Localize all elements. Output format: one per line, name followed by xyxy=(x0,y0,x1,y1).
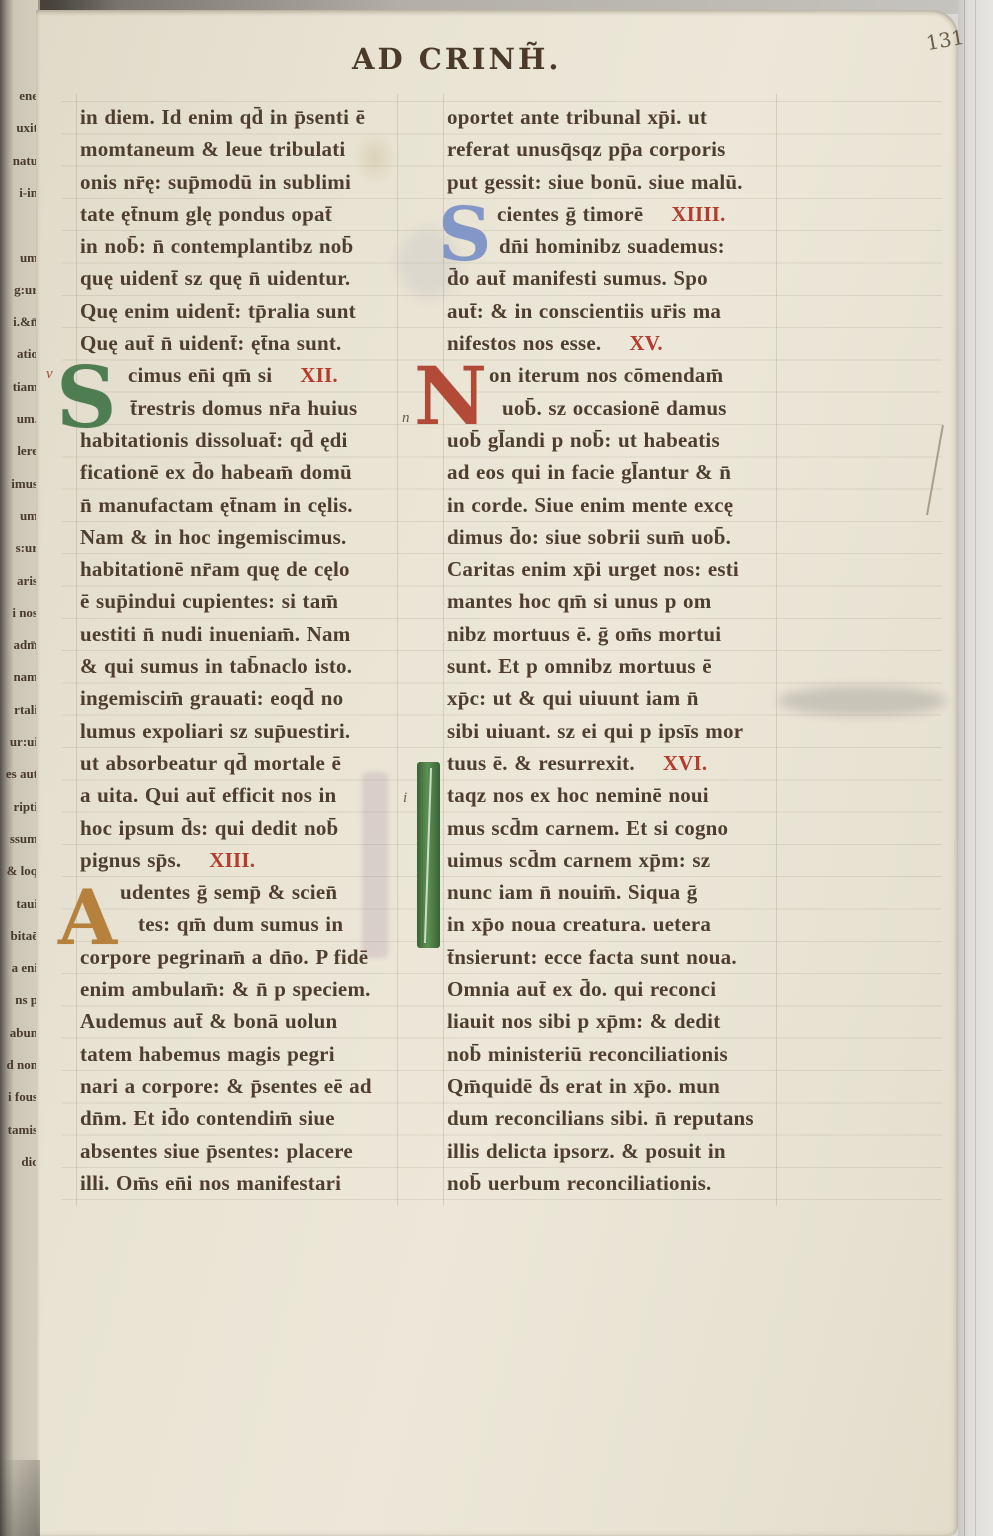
text-line: liauit nos sibi p xp̄m: & dedit xyxy=(447,1005,779,1037)
previous-page-text-fragment: imus xyxy=(11,476,38,492)
text-line: dimus d̄o: siue sobrii sum̄ uob̄. xyxy=(447,521,779,553)
previous-page-text-fragment: a eni xyxy=(12,960,38,976)
line-text: nob̄ ministeriū reconciliationis xyxy=(447,1042,728,1066)
line-text: oportet ante tribunal xp̄i. ut xyxy=(447,105,707,129)
line-text: habitationē nr̄am quę de cęlo xyxy=(80,557,350,581)
running-title: AD CRINH̃. xyxy=(352,42,562,76)
text-line: nunc iam n̄ nouim̄. Siqua ḡ xyxy=(447,876,779,908)
line-text: a uita. Qui aut̄ efficit nos in xyxy=(80,783,336,807)
column-rule xyxy=(76,94,77,1206)
line-text: ad eos qui in facie gl̄antur & n̄ xyxy=(447,460,731,484)
previous-page-text-fragment: i.&n̄ xyxy=(13,314,38,330)
guide-letter-i: i xyxy=(403,790,407,807)
previous-page-text-fragment: ripti xyxy=(13,799,38,815)
previous-page-text-fragment: uxit xyxy=(16,120,38,136)
line-text: uob̄ gl̄andi p nob̄: ut habeatis xyxy=(447,428,720,452)
text-line: tes: qm̄ dum sumus in xyxy=(80,908,400,940)
column-right: oportet ante tribunal xp̄i. utreferat un… xyxy=(447,101,779,1199)
line-text: tate ęt̄num glę pondus opat̄ xyxy=(80,202,332,226)
previous-page-text-fragment: rtali xyxy=(14,702,38,718)
text-line: ē sup̄indui cupientes: si tam̄ xyxy=(80,585,400,617)
text-line: Quę enim uident̄: tp̄ralia sunt xyxy=(80,295,400,327)
previous-page-text-fragment: g:ur xyxy=(14,282,38,298)
page-edge-line xyxy=(975,0,976,1536)
line-text: put gessit: siue bonū. siue malū. xyxy=(447,170,743,194)
text-line: ad eos qui in facie gl̄antur & n̄ xyxy=(447,456,779,488)
text-line: uestiti n̄ nudi inueniam̄. Nam xyxy=(80,618,400,650)
line-text: xp̄c: ut & qui uiuunt iam n̄ xyxy=(447,686,699,710)
chapter-numeral: XII. xyxy=(300,363,338,387)
text-line: sibi uiuant. sz ei qui p ipsīs mor xyxy=(447,715,779,747)
text-line: Audemus aut̄ & bonā uolun xyxy=(80,1005,400,1037)
text-line: ficationē ex d̄o habeam̄ domū xyxy=(80,456,400,488)
previous-page-text-fragment: es aut xyxy=(6,766,38,782)
text-line: habitationis dissoluat̄: qd̄ ędi xyxy=(80,424,400,456)
text-line: momtaneum & leue tribulati xyxy=(80,133,400,165)
text-line: a uita. Qui aut̄ efficit nos in xyxy=(80,779,400,811)
text-line: aut̄: & in conscientiis ur̄is ma xyxy=(447,295,779,327)
text-line: & qui sumus in tab̄naclo isto. xyxy=(80,650,400,682)
drop-cap-itaque-green-bar xyxy=(417,762,440,948)
text-line: put gessit: siue bonū. siue malū. xyxy=(447,166,779,198)
text-line: udentes ḡ semp̄ & scien̄ xyxy=(80,876,400,908)
line-text: Qm̄quidē d̄s erat in xp̄o. mun xyxy=(447,1074,720,1098)
text-line: hoc ipsum d̄s: qui dedit nob̄ xyxy=(80,812,400,844)
line-text: taqz nos ex hoc neminē noui xyxy=(447,783,709,807)
text-line: in diem. Id enim qd̄ in p̄senti ē xyxy=(80,101,400,133)
line-text: ficationē ex d̄o habeam̄ domū xyxy=(80,460,352,484)
text-line: Omnia aut̄ ex d̄o. qui reconci xyxy=(447,973,779,1005)
text-line: Nam & in hoc ingemiscimus. xyxy=(80,521,400,553)
guide-letter-n: n xyxy=(402,410,410,427)
text-line: uob̄. sz occasionē damus xyxy=(447,392,779,424)
text-line: Quę aut̄ n̄ uident̄: ęt̄na sunt. xyxy=(80,327,400,359)
line-text: in corde. Siue enim mente excę xyxy=(447,493,733,517)
line-text: on iterum nos cōmendam̄ xyxy=(489,363,723,387)
previous-page-text-fragment: aris xyxy=(17,573,38,589)
line-text: in nob̄: n̄ contemplantibz nob̄ xyxy=(80,234,353,258)
previous-page-text-fragment: i fous xyxy=(8,1089,38,1105)
previous-page-text-fragment: i nos xyxy=(12,605,38,621)
previous-page-text-fragment: abun xyxy=(10,1025,38,1041)
page-edge-line xyxy=(964,0,965,1536)
line-text: referat unusq̄sqz pp̄a corporis xyxy=(447,137,726,161)
line-text: nunc iam n̄ nouim̄. Siqua ḡ xyxy=(447,880,697,904)
text-line: nari a corpore: & p̄sentes eē ad xyxy=(80,1070,400,1102)
line-text: in diem. Id enim qd̄ in p̄senti ē xyxy=(80,105,365,129)
text-line: t̄restris domus nr̄a huius xyxy=(80,392,400,424)
line-text: sibi uiuant. sz ei qui p ipsīs mor xyxy=(447,719,743,743)
drop-cap-scimus-green: S xyxy=(56,356,117,440)
text-line: quę uident̄ sz quę n̄ uidentur. xyxy=(80,262,400,294)
line-text: & qui sumus in tab̄naclo isto. xyxy=(80,654,352,678)
line-text: ut absorbeatur qd̄ mortale ē xyxy=(80,751,341,775)
line-text: udentes ḡ semp̄ & scien̄ xyxy=(120,880,337,904)
previous-page-text-fragment: nam xyxy=(13,669,38,685)
line-text: dimus d̄o: siue sobrii sum̄ uob̄. xyxy=(447,525,731,549)
line-text: tuus ē. & resurrexit. xyxy=(447,751,635,775)
text-line: referat unusq̄sqz pp̄a corporis xyxy=(447,133,779,165)
previous-page-text-fragment: um. xyxy=(17,411,38,427)
line-text: corpore pegrinam̄ a dn̄o. P fidē xyxy=(80,945,368,969)
line-text: cimus en̄i qm̄ si xyxy=(128,363,272,387)
text-line: nob̄ uerbum reconciliationis. xyxy=(447,1167,779,1199)
previous-page-text-fragment: tamis xyxy=(8,1122,38,1138)
line-text: uestiti n̄ nudi inueniam̄. Nam xyxy=(80,622,350,646)
line-text: dum reconcilians sibi. n̄ reputans xyxy=(447,1106,754,1130)
line-text: uob̄. sz occasionē damus xyxy=(502,396,727,420)
drop-cap-scientes-blue: S xyxy=(438,198,491,272)
text-line: pignus sp̄s.XIII. xyxy=(80,844,400,876)
previous-page-text-fragment: ns p xyxy=(15,992,38,1008)
line-text: enim ambulam̄: & n̄ p speciem. xyxy=(80,977,371,1001)
previous-page-text-fragment: ssum xyxy=(10,831,38,847)
text-line: nifestos nos esse.XV. xyxy=(447,327,779,359)
line-text: ē sup̄indui cupientes: si tam̄ xyxy=(80,589,338,613)
previous-page-gutter: eneuxitnatui-inumg:uri.&n̄atiotiamum.ler… xyxy=(0,0,40,1536)
line-text: Nam & in hoc ingemiscimus. xyxy=(80,525,346,549)
line-text: hoc ipsum d̄s: qui dedit nob̄ xyxy=(80,816,338,840)
manuscript-photo: eneuxitnatui-inumg:uri.&n̄atiotiamum.ler… xyxy=(0,0,993,1536)
previous-page-text-fragment: ur:ui xyxy=(10,734,38,750)
text-line: dn̄i hominibz suademus: xyxy=(447,230,779,262)
line-text: in xp̄o noua creatura. uetera xyxy=(447,912,711,936)
line-text: dn̄m. Et id̄o contendim̄ siue xyxy=(80,1106,335,1130)
line-text: cientes ḡ timorē xyxy=(497,202,643,226)
line-text: sunt. Et p omnibz mortuus ē xyxy=(447,654,712,678)
text-line: dn̄m. Et id̄o contendim̄ siue xyxy=(80,1102,400,1134)
line-text: n̄ manufactam ęt̄nam in cęlis. xyxy=(80,493,353,517)
line-text: mus scd̄m carnem. Et si cogno xyxy=(447,816,728,840)
drop-cap-audentes-gold: A xyxy=(58,880,117,956)
line-text: t̄restris domus nr̄a huius xyxy=(130,396,357,420)
drop-cap-non-red: N xyxy=(414,356,487,436)
text-line: enim ambulam̄: & n̄ p speciem. xyxy=(80,973,400,1005)
line-text: lumus expoliari sz sup̄uestiri. xyxy=(80,719,350,743)
line-text: liauit nos sibi p xp̄m: & dedit xyxy=(447,1009,720,1033)
text-line: cientes ḡ timorēXIIII. xyxy=(447,198,779,230)
previous-page-text-fragment: natu xyxy=(13,153,38,169)
text-line: in corde. Siue enim mente excę xyxy=(447,489,779,521)
text-line: ut absorbeatur qd̄ mortale ē xyxy=(80,747,400,779)
line-text: quę uident̄ sz quę n̄ uidentur. xyxy=(80,266,350,290)
previous-page-text-fragment: s:ur xyxy=(16,540,38,556)
line-text: ingemiscim̄ grauati: eoqd̄ no xyxy=(80,686,343,710)
previous-page-text-fragment: atio xyxy=(17,346,38,362)
line-text: momtaneum & leue tribulati xyxy=(80,137,345,161)
text-line: xp̄c: ut & qui uiuunt iam n̄ xyxy=(447,682,779,714)
text-line: uob̄ gl̄andi p nob̄: ut habeatis xyxy=(447,424,779,456)
line-text: dn̄i hominibz suademus: xyxy=(499,234,725,258)
chapter-numeral: XIII. xyxy=(209,848,255,872)
previous-page-text-fragment: & loq xyxy=(7,863,38,879)
line-text: illis delicta ipsorz. & posuit in xyxy=(447,1139,726,1163)
previous-page-text-fragment: lere xyxy=(17,443,38,459)
text-line: nob̄ ministeriū reconciliationis xyxy=(447,1038,779,1070)
line-text: tatem habemus magis pegri xyxy=(80,1042,335,1066)
text-line: oportet ante tribunal xp̄i. ut xyxy=(447,101,779,133)
line-text: absentes siue p̄sentes: placere xyxy=(80,1139,353,1163)
line-text: nob̄ uerbum reconciliationis. xyxy=(447,1171,711,1195)
text-line: Qm̄quidē d̄s erat in xp̄o. mun xyxy=(447,1070,779,1102)
line-text: illi. Om̄s en̄i nos manifestari xyxy=(80,1171,341,1195)
text-line: illi. Om̄s en̄i nos manifestari xyxy=(80,1167,400,1199)
previous-page-text-fragment: d non xyxy=(7,1057,38,1073)
line-text: onis nr̄ę: sup̄modū in sublimi xyxy=(80,170,351,194)
previous-page-text-fragment: taui xyxy=(16,896,38,912)
line-text: habitationis dissoluat̄: qd̄ ędi xyxy=(80,428,348,452)
previous-page-text-fragment: tiam xyxy=(13,379,38,395)
line-text: nari a corpore: & p̄sentes eē ad xyxy=(80,1074,372,1098)
text-line: tate ęt̄num glę pondus opat̄ xyxy=(80,198,400,230)
text-line: cimus en̄i qm̄ siXII. xyxy=(80,359,400,391)
line-text: Quę enim uident̄: tp̄ralia sunt xyxy=(80,299,356,323)
text-line: habitationē nr̄am quę de cęlo xyxy=(80,553,400,585)
text-line: taqz nos ex hoc neminē noui xyxy=(447,779,779,811)
fore-edge-pages xyxy=(958,0,993,1536)
text-line: sunt. Et p omnibz mortuus ē xyxy=(447,650,779,682)
line-text: t̄nsierunt: ecce facta sunt noua. xyxy=(447,945,737,969)
chapter-numeral: XIIII. xyxy=(671,202,725,226)
text-line: in nob̄: n̄ contemplantibz nob̄ xyxy=(80,230,400,262)
line-text: nibz mortuus ē. ḡ om̄s mortui xyxy=(447,622,721,646)
text-line: onis nr̄ę: sup̄modū in sublimi xyxy=(80,166,400,198)
previous-page-text-fragment: bitaē xyxy=(11,928,38,944)
line-text: Quę aut̄ n̄ uident̄: ęt̄na sunt. xyxy=(80,331,341,355)
text-line: lumus expoliari sz sup̄uestiri. xyxy=(80,715,400,747)
line-text: Omnia aut̄ ex d̄o. qui reconci xyxy=(447,977,716,1001)
line-text: uimus scd̄m carnem xp̄m: sz xyxy=(447,848,710,872)
guide-letter-v: v xyxy=(46,366,53,383)
line-text: Caritas enim xp̄i urget nos: esti xyxy=(447,557,739,581)
line-text: Audemus aut̄ & bonā uolun xyxy=(80,1009,337,1033)
text-line: illis delicta ipsorz. & posuit in xyxy=(447,1135,779,1167)
previous-page-text-fragment: adm̄ xyxy=(13,637,38,653)
text-line: on iterum nos cōmendam̄ xyxy=(447,359,779,391)
line-text: pignus sp̄s. xyxy=(80,848,181,872)
text-line: mus scd̄m carnem. Et si cogno xyxy=(447,812,779,844)
text-line: tatem habemus magis pegri xyxy=(80,1038,400,1070)
text-line: d̄o aut̄ manifesti sumus. Spo xyxy=(447,262,779,294)
column-left: in diem. Id enim qd̄ in p̄senti ēmomtane… xyxy=(80,101,400,1199)
text-line: Caritas enim xp̄i urget nos: esti xyxy=(447,553,779,585)
text-line: in xp̄o noua creatura. uetera xyxy=(447,908,779,940)
text-line: t̄nsierunt: ecce facta sunt noua. xyxy=(447,941,779,973)
text-line: absentes siue p̄sentes: placere xyxy=(80,1135,400,1167)
text-line: n̄ manufactam ęt̄nam in cęlis. xyxy=(80,489,400,521)
text-line: dum reconcilians sibi. n̄ reputans xyxy=(447,1102,779,1134)
chapter-numeral: XV. xyxy=(629,331,662,355)
line-text: aut̄: & in conscientiis ur̄is ma xyxy=(447,299,721,323)
line-text: mantes hoc qm̄ si unus p om xyxy=(447,589,711,613)
text-line: ingemiscim̄ grauati: eoqd̄ no xyxy=(80,682,400,714)
text-line: nibz mortuus ē. ḡ om̄s mortui xyxy=(447,618,779,650)
line-text: tes: qm̄ dum sumus in xyxy=(138,912,343,936)
chapter-numeral: XVI. xyxy=(663,751,708,775)
text-line: uimus scd̄m carnem xp̄m: sz xyxy=(447,844,779,876)
text-line: mantes hoc qm̄ si unus p om xyxy=(447,585,779,617)
text-line: corpore pegrinam̄ a dn̄o. P fidē xyxy=(80,941,400,973)
text-line: tuus ē. & resurrexit.XVI. xyxy=(447,747,779,779)
